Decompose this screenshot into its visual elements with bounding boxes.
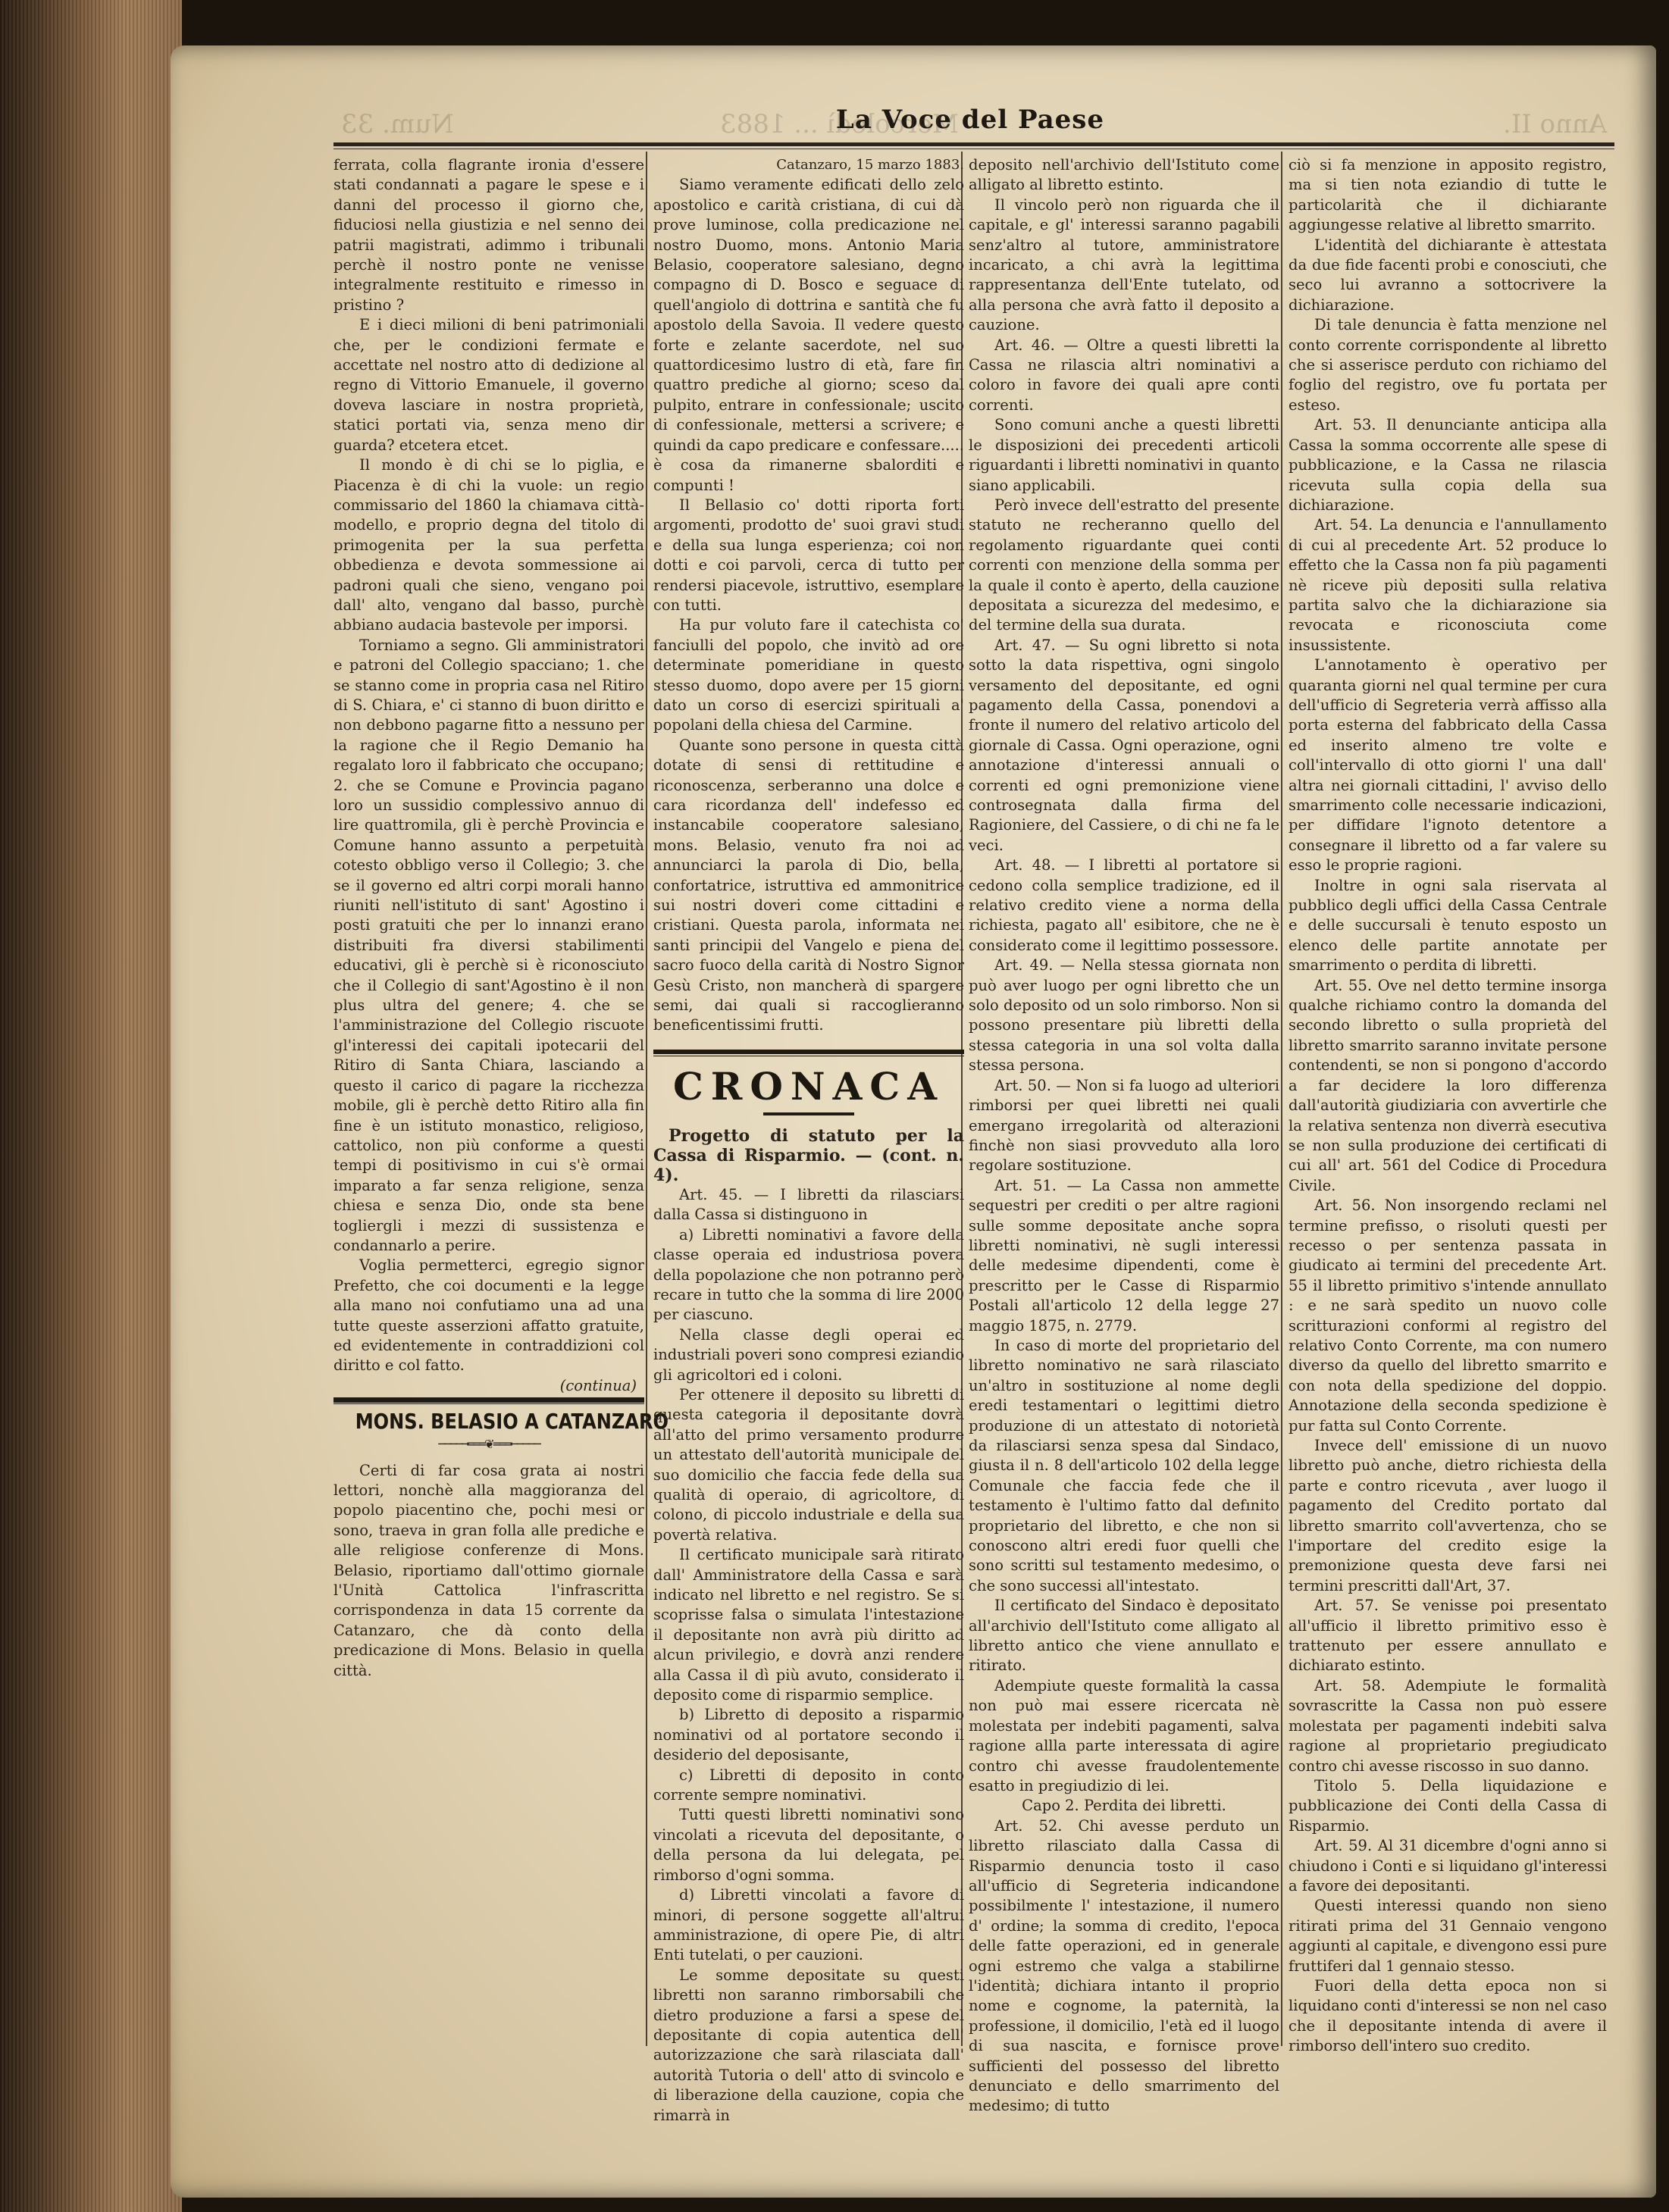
paragraph: L'identità del dichiarante è attestata d… (1289, 236, 1607, 316)
bleed-through-text: Anno II. (1503, 109, 1607, 139)
column-divider (1281, 152, 1282, 2046)
paragraph: Art. 51. — La Cassa non ammette sequestr… (969, 1176, 1279, 1336)
title-underline (763, 1112, 854, 1115)
bleed-through-text: Num. 33 (341, 109, 454, 139)
paragraph: Art. 57. Se venisse poi presentato all'u… (1289, 1596, 1607, 1676)
section-rule (653, 1050, 964, 1054)
column-1: ferrata, colla flagrante ironia d'essere… (333, 155, 644, 1681)
masthead-rule-thin (333, 149, 1614, 149)
paragraph: Adempiute queste formalità la cassa non … (969, 1676, 1279, 1796)
masthead-rule (333, 142, 1614, 146)
subheading: Progetto di statuto per la Cassa di Risp… (653, 1126, 964, 1185)
column-2: Catanzaro, 15 marzo 1883. Siamo verament… (653, 155, 964, 2126)
section-rule (333, 1397, 644, 1403)
paragraph: Questi interessi quando non sieno ritira… (1289, 1896, 1607, 1976)
paragraph: Sono comuni anche a questi libretti le d… (969, 415, 1279, 496)
paragraph: c) Libretti di deposito in conto corrent… (653, 1766, 964, 1806)
paragraph: Invece dell' emissione di un nuovo libre… (1289, 1436, 1607, 1596)
paragraph: Ha pur voluto fare il catechista co' fan… (653, 615, 964, 735)
paragraph: Art. 58. Adempiute le formalità sovrascr… (1289, 1676, 1607, 1776)
section-rule-thin (333, 1403, 644, 1404)
book-spine-edge (0, 0, 182, 2212)
ornament-divider-icon: ─────═══❦═══───── (333, 1435, 644, 1454)
paragraph: ciò si fa menzione in apposito registro,… (1289, 155, 1607, 236)
paragraph: b) Libretto di deposito a risparmio nomi… (653, 1705, 964, 1765)
paragraph: Le somme depositate su questi libretti n… (653, 1966, 964, 2126)
paragraph: Di tale denuncia è fatta menzione nel co… (1289, 315, 1607, 415)
paragraph: Art. 52. Chi avesse perduto un libretto … (969, 1816, 1279, 2117)
paragraph: Art. 56. Non insorgendo reclami nel term… (1289, 1196, 1607, 1436)
paragraph: Il vincolo però non riguarda che il capi… (969, 196, 1279, 336)
paragraph: Fuori della detta epoca non si liquidano… (1289, 1976, 1607, 2057)
paragraph: E i dieci milioni di beni patrimoniali c… (333, 315, 644, 455)
paragraph: Però invece dell'estratto del presente s… (969, 496, 1279, 636)
continued-note: (continua) (333, 1376, 644, 1396)
paragraph: a) Libretti nominativi a favore della cl… (653, 1225, 964, 1325)
section-title: CRONACA (653, 1064, 964, 1109)
paragraph: Quante sono persone in questa città dota… (653, 736, 964, 1036)
paragraph: Siamo veramente edificati dello zelo apo… (653, 175, 964, 496)
chapter-heading: Capo 2. Perdita dei libretti. (969, 1796, 1279, 1816)
paragraph: Art. 55. Ove nel detto termine insorga q… (1289, 976, 1607, 1196)
paragraph: Art. 45. — I libretti da rilasciarsi dal… (653, 1185, 964, 1225)
paragraph: Il certificato del Sindaco è depositato … (969, 1596, 1279, 1676)
paragraph: Art. 46. — Oltre a questi libretti la Ca… (969, 336, 1279, 416)
paragraph: Inoltre in ogni sala riservata al pubbli… (1289, 876, 1607, 976)
paragraph: Voglia permetterci, egregio signor Prefe… (333, 1256, 644, 1375)
column-divider (646, 152, 647, 2046)
bleed-through-text: Mercoledì ... 1883 (720, 109, 959, 139)
paragraph: Il mondo è di chi se lo piglia, e Piacen… (333, 455, 644, 636)
paragraph: Art. 59. Al 31 dicembre d'ogni anno si c… (1289, 1836, 1607, 1896)
paragraph: Art. 49. — Nella stessa giornata non può… (969, 956, 1279, 1075)
dateline: Catanzaro, 15 marzo 1883. (653, 155, 964, 175)
paragraph: Titolo 5. Della liquidazione e pubblicaz… (1289, 1776, 1607, 1836)
column-4: ciò si fa menzione in apposito registro,… (1289, 155, 1607, 2057)
paragraph: Art. 47. — Su ogni libretto si nota sott… (969, 636, 1279, 856)
paragraph: L'annotamento è operativo per quaranta g… (1289, 655, 1607, 875)
section-rule-thin (653, 1056, 964, 1056)
article-headline: MONS. BELASIO A CATANZARO (355, 1409, 623, 1435)
paragraph: deposito nell'archivio dell'Istituto com… (969, 155, 1279, 196)
paragraph: In caso di morte del proprietario del li… (969, 1336, 1279, 1596)
paragraph: Il Bellasio co' dotti riporta forti argo… (653, 496, 964, 615)
paragraph: Nella classe degli operai ed industriali… (653, 1325, 964, 1385)
paragraph: Per ottenere il deposito su libretti di … (653, 1385, 964, 1545)
paragraph: Art. 53. Il denunciante anticipa alla Ca… (1289, 415, 1607, 515)
paragraph: ferrata, colla flagrante ironia d'essere… (333, 155, 644, 315)
paragraph: d) Libretti vincolati a favore di minori… (653, 1885, 964, 1966)
paragraph: Certi di far cosa grata ai nostri lettor… (333, 1461, 644, 1681)
paragraph: Art. 50. — Non si fa luogo ad ulteriori … (969, 1076, 1279, 1176)
paragraph: Art. 54. La denuncia e l'annullamento di… (1289, 515, 1607, 655)
paragraph: Tutti questi libretti nominativi sono vi… (653, 1805, 964, 1885)
paragraph: Art. 48. — I libretti al portatore si ce… (969, 856, 1279, 956)
section-header: CRONACA (653, 1050, 964, 1115)
paragraph: Il certificato municipale sarà ritirato … (653, 1545, 964, 1705)
column-3: deposito nell'archivio dell'Istituto com… (969, 155, 1279, 2117)
paragraph: Torniamo a segno. Gli amministratori e p… (333, 636, 644, 1256)
